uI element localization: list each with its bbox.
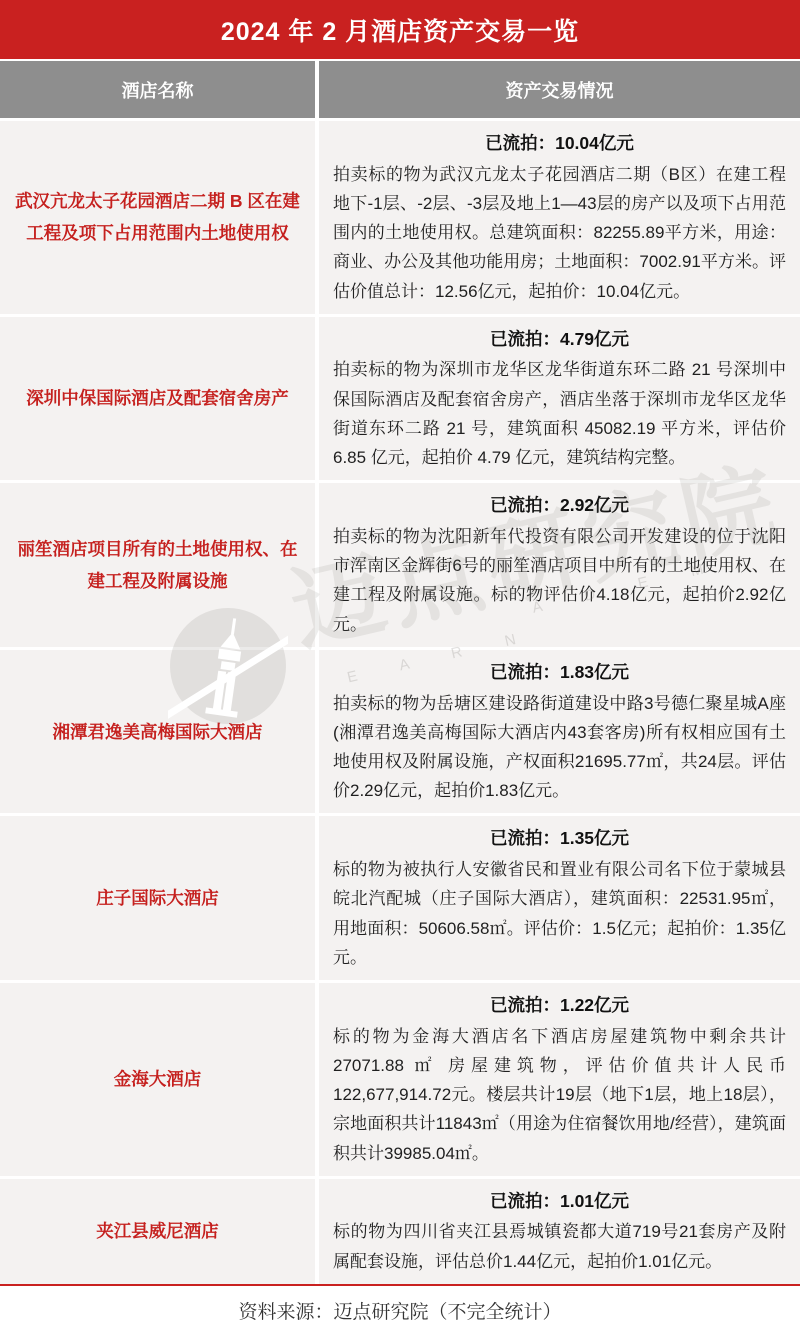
deal-detail: 拍卖标的物为深圳市龙华区龙华街道东环二路 21 号深圳中保国际酒店及配套宿舍房产… [333, 355, 786, 472]
table-row: 湘潭君逸美高梅国际大酒店 已流拍：1.83亿元 拍卖标的物为岳塘区建设路街道建设… [0, 647, 800, 814]
infographic-page: 2024 年 2 月酒店资产交易一览 酒店名称 资产交易情况 武汉亢龙太子花园酒… [0, 0, 800, 1335]
table-row: 丽笙酒店项目所有的土地使用权、在建工程及附属设施 已流拍：2.92亿元 拍卖标的… [0, 480, 800, 647]
hotel-name: 深圳中保国际酒店及配套宿舍房产 [0, 317, 315, 481]
table-row: 夹江县威尼酒店 已流拍：1.01亿元 标的物为四川省夹江县焉城镇瓷都大道719号… [0, 1176, 800, 1284]
auction-status: 已流拍：1.83亿元 [333, 657, 786, 688]
deal-detail: 标的物为金海大酒店名下酒店房屋建筑物中剩余共计27071.88 ㎡ 房屋建筑物，… [333, 1022, 786, 1168]
table-row: 深圳中保国际酒店及配套宿舍房产 已流拍：4.79亿元 拍卖标的物为深圳市龙华区龙… [0, 314, 800, 481]
table-header-row: 酒店名称 资产交易情况 [0, 61, 800, 118]
hotel-name: 丽笙酒店项目所有的土地使用权、在建工程及附属设施 [0, 483, 315, 647]
deal-detail: 拍卖标的物为武汉亢龙太子花园酒店二期（B区）在建工程地下-1层、-2层、-3层及… [333, 160, 786, 306]
table-body: 武汉亢龙太子花园酒店二期 B 区在建工程及项下占用范围内土地使用权 已流拍：10… [0, 118, 800, 1284]
deal-cell: 已流拍：1.01亿元 标的物为四川省夹江县焉城镇瓷都大道719号21套房产及附属… [315, 1179, 800, 1284]
deal-detail: 标的物为被执行人安徽省民和置业有限公司名下位于蒙城县皖北汽配城（庄子国际大酒店）… [333, 855, 786, 972]
auction-status: 已流拍：1.35亿元 [333, 823, 786, 854]
page-title: 2024 年 2 月酒店资产交易一览 [0, 0, 800, 59]
deal-cell: 已流拍：2.92亿元 拍卖标的物为沈阳新年代投资有限公司开发建设的位于沈阳市浑南… [315, 483, 800, 647]
hotel-name: 庄子国际大酒店 [0, 816, 315, 980]
column-header-hotel-name: 酒店名称 [0, 61, 315, 118]
hotel-name: 金海大酒店 [0, 983, 315, 1176]
deal-detail: 拍卖标的物为沈阳新年代投资有限公司开发建设的位于沈阳市浑南区金辉街6号的丽笙酒店… [333, 522, 786, 639]
source-note: 资料来源：迈点研究院（不完全统计） [0, 1286, 800, 1335]
table-row: 武汉亢龙太子花园酒店二期 B 区在建工程及项下占用范围内土地使用权 已流拍：10… [0, 118, 800, 314]
column-header-deal-status: 资产交易情况 [315, 61, 800, 118]
deal-cell: 已流拍：10.04亿元 拍卖标的物为武汉亢龙太子花园酒店二期（B区）在建工程地下… [315, 121, 800, 314]
auction-status: 已流拍：4.79亿元 [333, 324, 786, 355]
auction-status: 已流拍：1.01亿元 [333, 1186, 786, 1217]
deal-detail: 标的物为四川省夹江县焉城镇瓷都大道719号21套房产及附属配套设施，评估总价1.… [333, 1217, 786, 1275]
deal-cell: 已流拍：1.22亿元 标的物为金海大酒店名下酒店房屋建筑物中剩余共计27071.… [315, 983, 800, 1176]
hotel-name: 武汉亢龙太子花园酒店二期 B 区在建工程及项下占用范围内土地使用权 [0, 121, 315, 314]
deal-cell: 已流拍：4.79亿元 拍卖标的物为深圳市龙华区龙华街道东环二路 21 号深圳中保… [315, 317, 800, 481]
table-row: 庄子国际大酒店 已流拍：1.35亿元 标的物为被执行人安徽省民和置业有限公司名下… [0, 813, 800, 980]
deal-detail: 拍卖标的物为岳塘区建设路街道建设中路3号德仁聚星城A座(湘潭君逸美高梅国际大酒店… [333, 689, 786, 806]
auction-status: 已流拍：10.04亿元 [333, 128, 786, 159]
hotel-name: 夹江县威尼酒店 [0, 1179, 315, 1284]
deal-cell: 已流拍：1.35亿元 标的物为被执行人安徽省民和置业有限公司名下位于蒙城县皖北汽… [315, 816, 800, 980]
deal-cell: 已流拍：1.83亿元 拍卖标的物为岳塘区建设路街道建设中路3号德仁聚星城A座(湘… [315, 650, 800, 814]
auction-status: 已流拍：2.92亿元 [333, 490, 786, 521]
auction-status: 已流拍：1.22亿元 [333, 990, 786, 1021]
table-row: 金海大酒店 已流拍：1.22亿元 标的物为金海大酒店名下酒店房屋建筑物中剩余共计… [0, 980, 800, 1176]
hotel-name: 湘潭君逸美高梅国际大酒店 [0, 650, 315, 814]
